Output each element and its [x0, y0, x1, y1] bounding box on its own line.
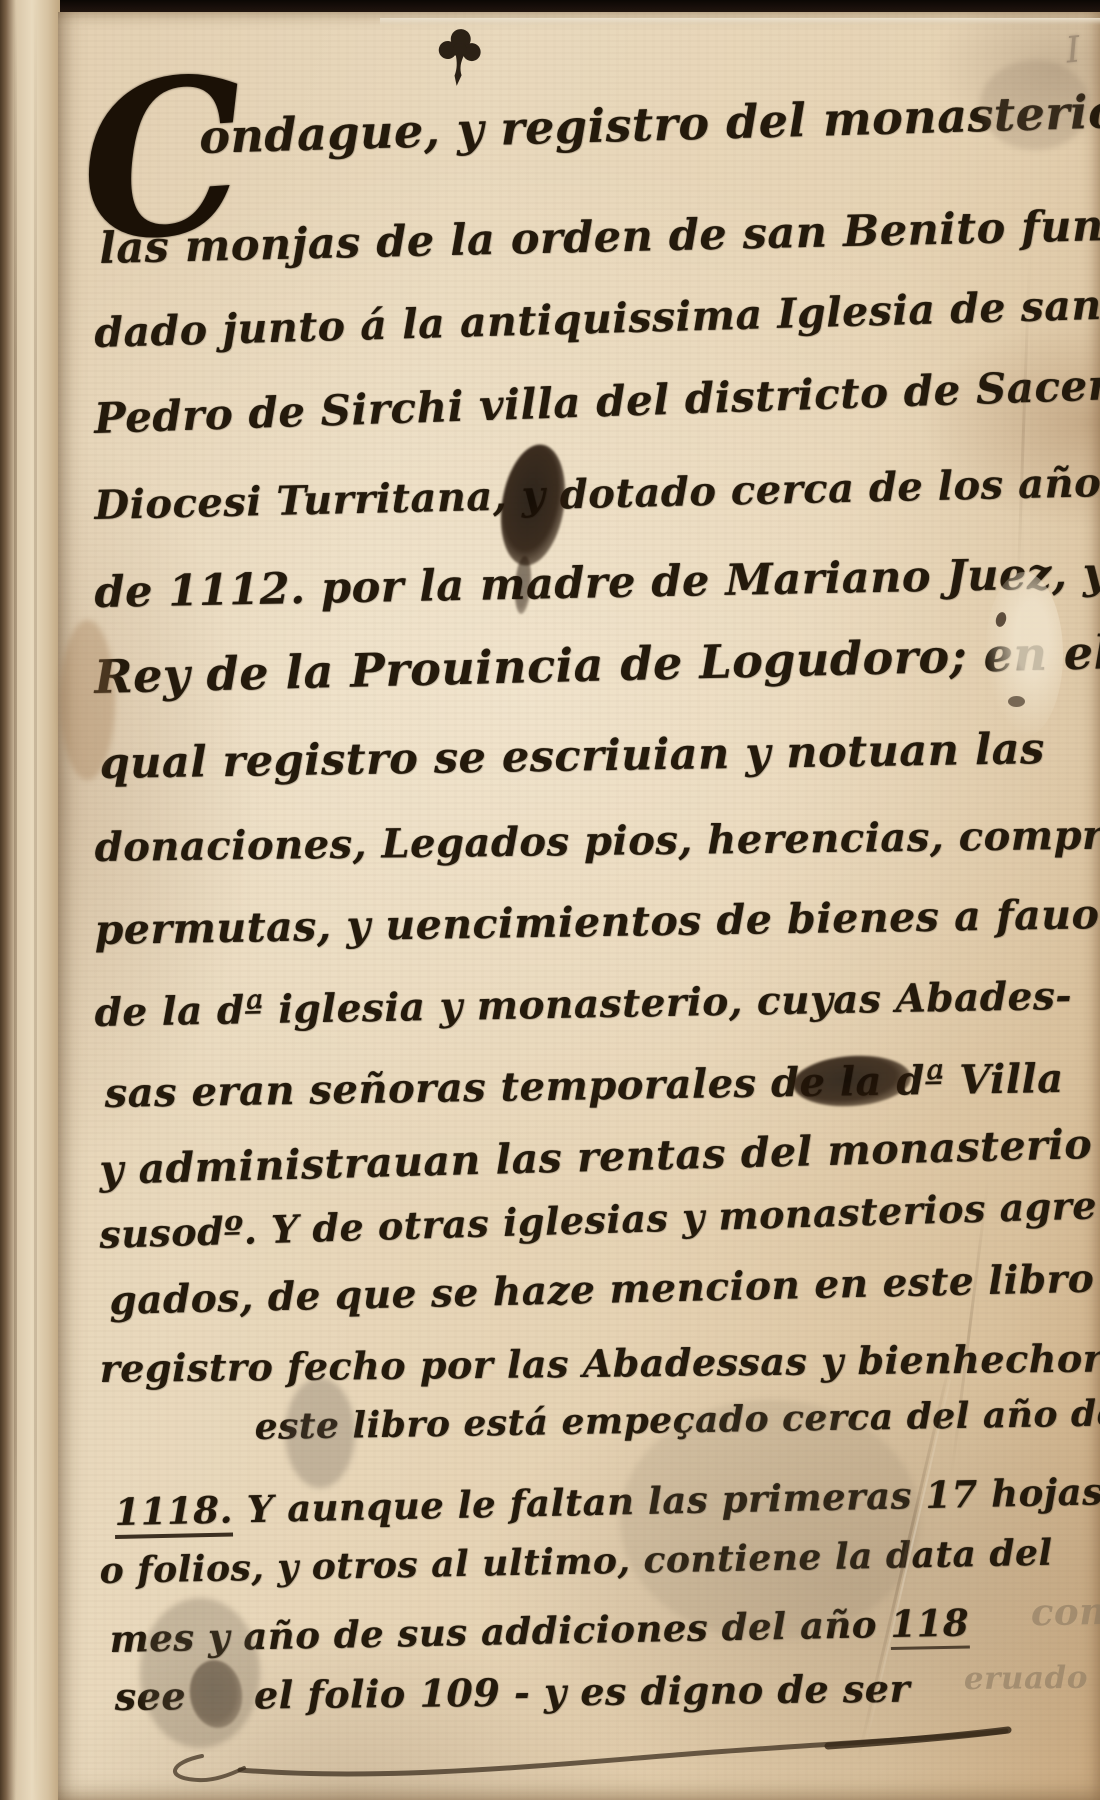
spine-crease [34, 0, 37, 1800]
faded-ink-text: eruado [964, 1660, 1088, 1697]
edge-speck [1008, 696, 1025, 707]
spine-crease [14, 0, 17, 1800]
flourish-underline [128, 1708, 1048, 1792]
faded-ink-text: como se [1030, 1587, 1100, 1634]
corner-stain [980, 60, 1090, 150]
manuscript-page-scan: I C ondague, y registro del monasterio d… [0, 0, 1100, 1800]
smudge-stain [285, 1378, 355, 1488]
underlined-year: 1118. [114, 1488, 233, 1539]
cross-trefoil-icon [433, 24, 485, 94]
water-stain [620, 1400, 920, 1640]
underlined-year: 118 [890, 1601, 970, 1651]
book-spine-edge [0, 0, 60, 1800]
torn-patch [985, 572, 1063, 737]
page-top-highlight [380, 18, 1100, 25]
margin-stain [60, 620, 115, 780]
